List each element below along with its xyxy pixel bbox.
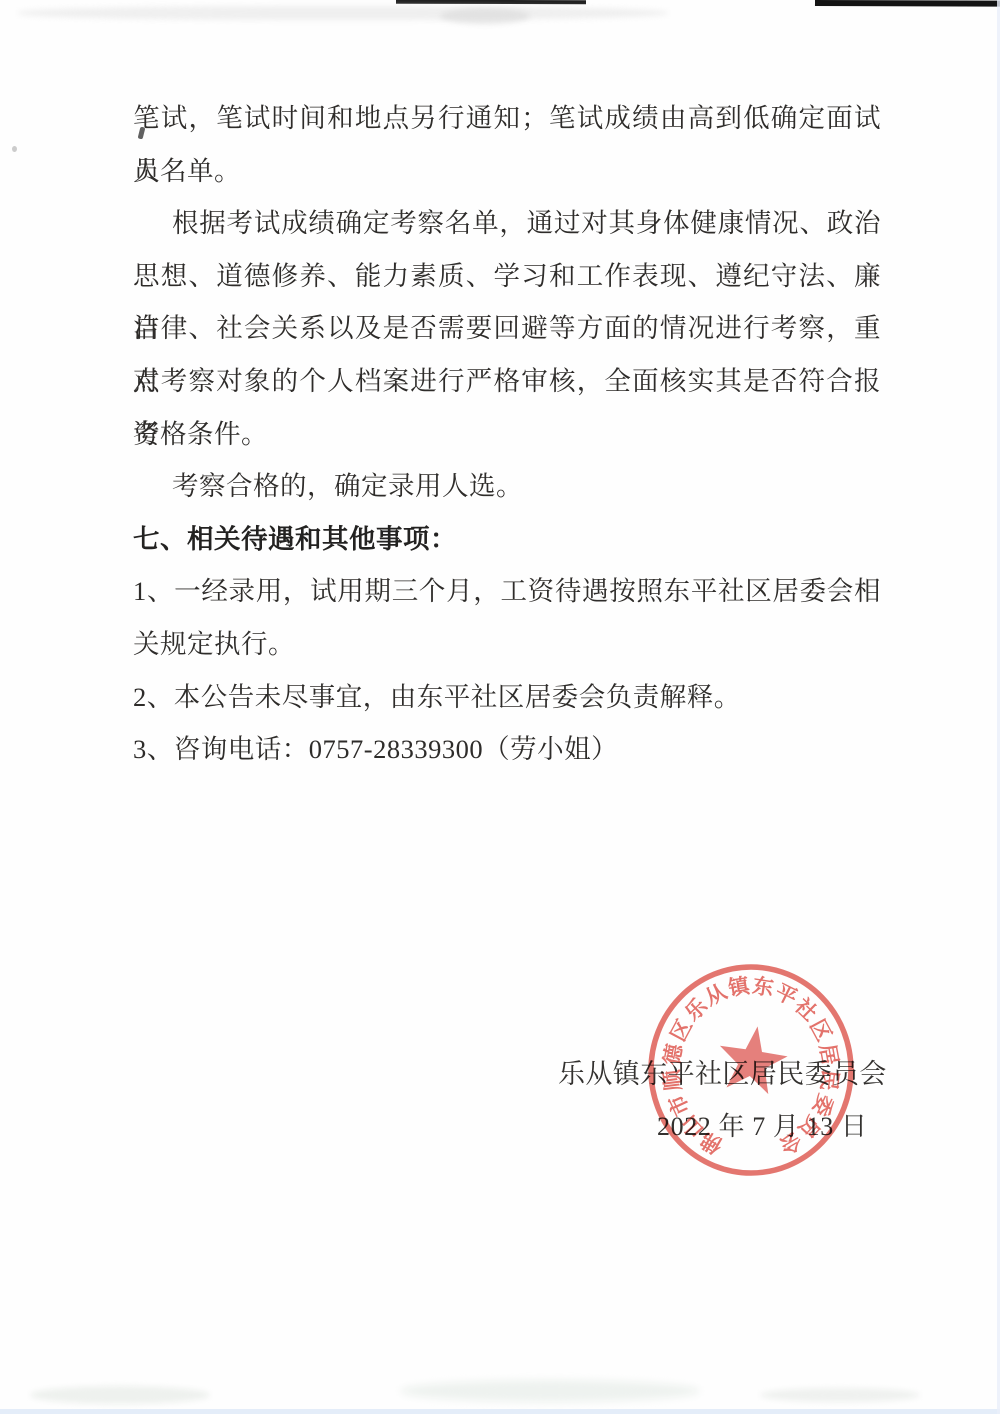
svg-text:顺: 顺 xyxy=(659,1067,686,1092)
svg-text:东: 东 xyxy=(751,974,775,1001)
seal-star-icon xyxy=(720,1026,788,1094)
scan-smudge-top-2 xyxy=(440,8,530,24)
scan-smudge-top xyxy=(18,6,668,20)
scan-artifact-top-bar-right xyxy=(815,0,1000,7)
official-seal-stamp: 佛山市顺德区乐从镇东平社区居民委员会 xyxy=(644,956,864,1184)
svg-text:居: 居 xyxy=(815,1042,842,1067)
text-line: 思想、道德修养、能力素质、学习和工作表现、遵纪守法、廉洁 xyxy=(133,250,881,303)
text-line: 笔试，笔试时间和地点另行通知；笔试成绩由高到低确定面试人 xyxy=(133,92,881,145)
text-line: 3、咨询电话：0757-28339300（劳小姐） xyxy=(133,723,881,776)
text-line: 七、相关待遇和其他事项： xyxy=(133,513,881,566)
scan-smudge-bottom-3 xyxy=(760,1388,920,1402)
text-line: 2、本公告未尽事宜，由东平社区居委会负责解释。 xyxy=(133,671,881,724)
text-line: 自律、社会关系以及是否需要回避等方面的情况进行考察，重点 xyxy=(133,302,881,355)
scan-dot-left-margin xyxy=(12,146,17,152)
document-body: 笔试，笔试时间和地点另行通知；笔试成绩由高到低确定面试人员名单。根据考试成绩确定… xyxy=(133,92,881,776)
scanned-document-page: 笔试，笔试时间和地点另行通知；笔试成绩由高到低确定面试人员名单。根据考试成绩确定… xyxy=(0,0,1000,1414)
scan-smudge-bottom-2 xyxy=(400,1380,700,1402)
svg-text:民: 民 xyxy=(816,1068,842,1092)
scan-smudge-bottom-1 xyxy=(30,1386,210,1404)
scan-edge-bottom xyxy=(0,1409,1000,1414)
text-line: 根据考试成绩确定考察名单，通过对其身体健康情况、政治 xyxy=(133,197,881,250)
svg-text:镇: 镇 xyxy=(727,973,753,1000)
text-line: 对考察对象的个人档案进行严格审核，全面核实其是否符合报考 xyxy=(133,355,881,408)
scan-artifact-top-bar-left xyxy=(396,0,586,4)
text-line: 关规定执行。 xyxy=(133,618,881,671)
text-line: 资格条件。 xyxy=(133,408,881,461)
svg-text:德: 德 xyxy=(660,1041,688,1067)
text-line: 1、一经录用，试用期三个月，工资待遇按照东平社区居委会相 xyxy=(133,565,881,618)
text-line: 员名单。 xyxy=(133,145,881,198)
text-line: 考察合格的，确定录用人选。 xyxy=(133,460,881,513)
